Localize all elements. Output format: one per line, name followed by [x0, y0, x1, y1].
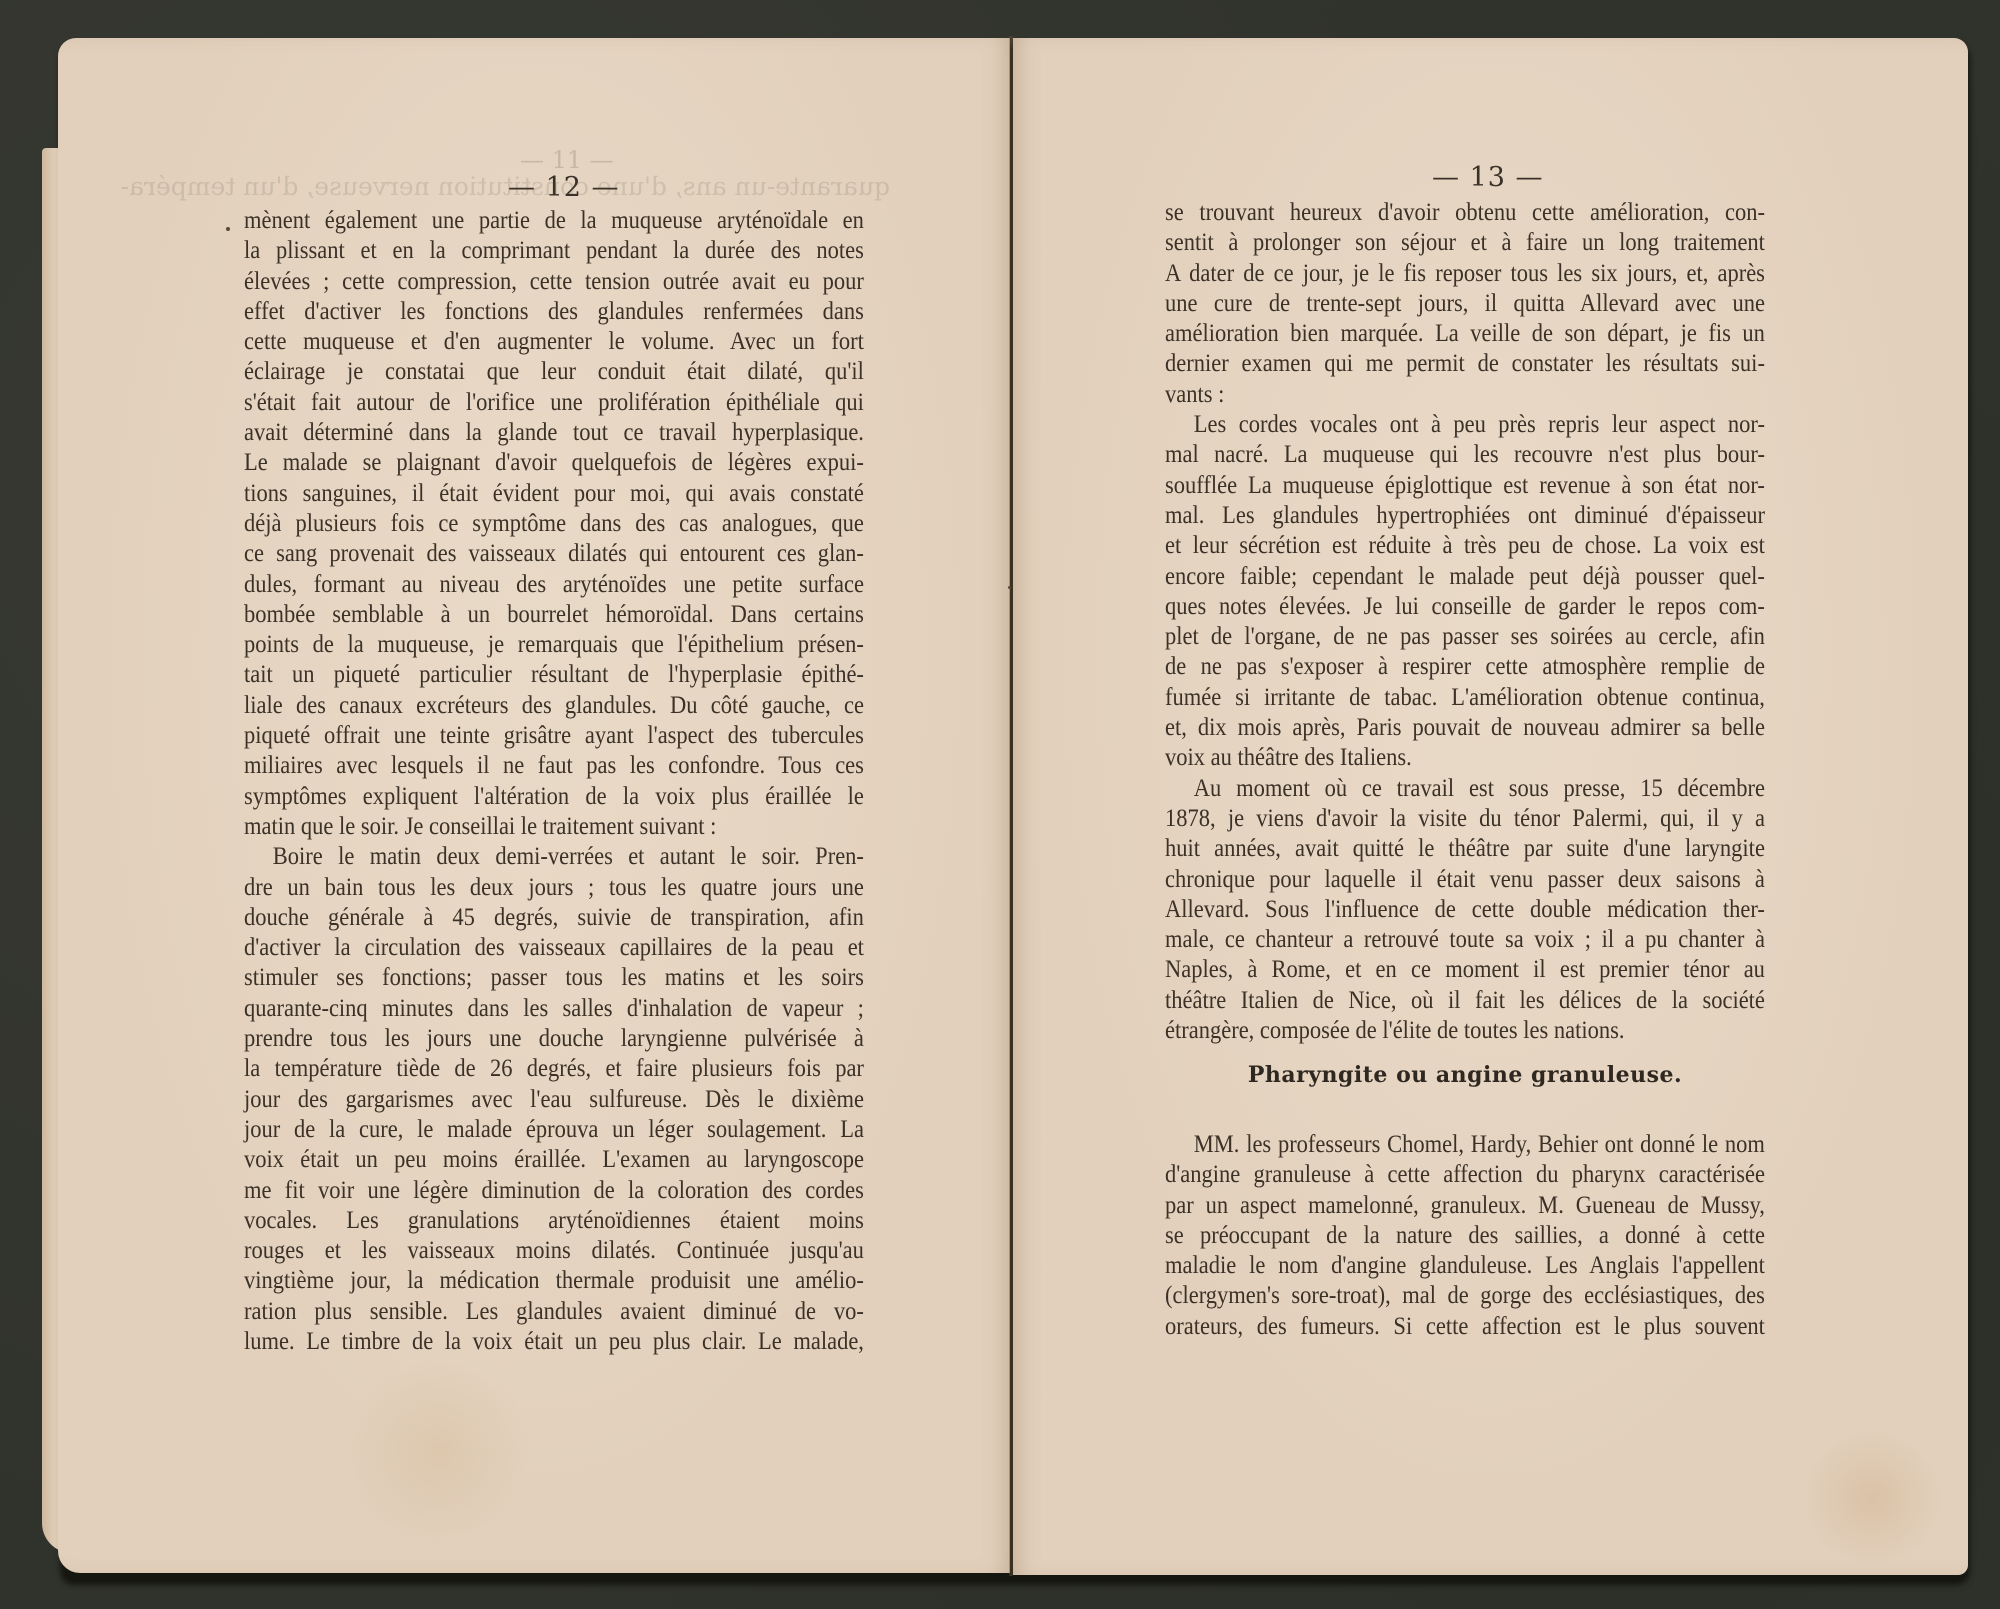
text-line: Naples, à Rome, et en ce moment il est p…: [1165, 955, 1765, 985]
text-line: jour des gargarismes avec l'eau sulfureu…: [244, 1085, 864, 1115]
text-line: vingtième jour, la médication thermale p…: [244, 1266, 864, 1296]
text-line: stimuler ses fonctions; passer tous les …: [244, 963, 864, 993]
ghost-page-number: — 11 —: [520, 146, 614, 174]
text-line: éclairage je constatai que leur conduit …: [244, 357, 864, 387]
text-line: douche générale à 45 degrés, suivie de t…: [244, 903, 864, 933]
text-line: s'était fait autour de l'orifice une pro…: [244, 388, 864, 418]
text-line: dules, formant au niveau des aryténoïdes…: [244, 570, 864, 600]
text-line: voix était un peu moins éraillée. L'exam…: [244, 1145, 864, 1175]
text-line: lume. Le timbre de la voix était un peu …: [244, 1327, 864, 1357]
text-line: symptômes expliquent l'altération de la …: [244, 782, 864, 812]
text-line: huit années, avait quitté le théâtre par…: [1165, 834, 1765, 864]
text-line: Allevard. Sous l'influence de cette doub…: [1165, 895, 1765, 925]
text-line: dre un bain tous les deux jours ; tous l…: [244, 873, 864, 903]
text-line: se préoccupant de la nature des saillies…: [1165, 1221, 1765, 1251]
text-line: effet d'activer les fonctions des glandu…: [244, 297, 864, 327]
text-line: Boire le matin deux demi-verrées et auta…: [244, 842, 864, 872]
page-number-right: — 13 —: [1432, 162, 1544, 193]
text-line: tions sanguines, il était évident pour m…: [244, 479, 864, 509]
text-line: quarante-cinq minutes dans les salles d'…: [244, 994, 864, 1024]
text-line: rouges et les vaisseaux moins dilatés. C…: [244, 1236, 864, 1266]
text-line: mènent également une partie de la muqueu…: [244, 206, 864, 236]
text-line: tait un piqueté particulier résultant de…: [244, 660, 864, 690]
text-line: de ne pas s'exposer à respirer cette atm…: [1165, 652, 1765, 682]
text-line: soufflée La muqueuse épiglottique est re…: [1165, 471, 1765, 501]
text-line: vocales. Les granulations aryténoïdienne…: [244, 1206, 864, 1236]
text-line: liale des canaux excréteurs des glandule…: [244, 691, 864, 721]
text-line: maladie le nom d'angine glanduleuse. Les…: [1165, 1251, 1765, 1281]
text-line: Le malade se plaignant d'avoir quelquefo…: [244, 448, 864, 478]
text-line: mal. Les glandules hypertrophiées ont di…: [1165, 501, 1765, 531]
text-line: mal nacré. La muqueuse qui les recouvre …: [1165, 440, 1765, 470]
text-line: bombée semblable à un bourrelet hémoroïd…: [244, 600, 864, 630]
section-heading: Pharyngite ou angine granuleuse.: [1165, 1062, 1765, 1088]
text-line: Les cordes vocales ont à peu près repris…: [1165, 410, 1765, 440]
text-line: A dater de ce jour, je le fis reposer to…: [1165, 259, 1765, 289]
text-line: piqueté offrait une teinte grisâtre ayan…: [244, 721, 864, 751]
text-line: jour de la cure, le malade éprouva un lé…: [244, 1115, 864, 1145]
text-line: fumée si irritante de tabac. L'améliorat…: [1165, 683, 1765, 713]
text-line: vants :: [1165, 380, 1765, 410]
paper-speck: [226, 227, 230, 231]
text-line: chronique pour laquelle il était venu pa…: [1165, 865, 1765, 895]
text-line: ce sang provenait des vaisseaux dilatés …: [244, 539, 864, 569]
text-line: la plissant et en la comprimant pendant …: [244, 236, 864, 266]
text-line: orateurs, des fumeurs. Si cette affectio…: [1165, 1312, 1765, 1342]
text-line: élevées ; cette compression, cette tensi…: [244, 267, 864, 297]
text-line: avait déterminé dans la glande tout ce t…: [244, 418, 864, 448]
text-line: théâtre Italien de Nice, où il fait les …: [1165, 986, 1765, 1016]
text-line: male, ce chanteur a retrouvé toute sa vo…: [1165, 925, 1765, 955]
text-line: par un aspect mamelonné, granuleux. M. G…: [1165, 1191, 1765, 1221]
text-line: une cure de trente-sept jours, il quitta…: [1165, 289, 1765, 319]
text-line: 1878, je viens d'avoir la visite du téno…: [1165, 804, 1765, 834]
text-line: d'activer la circulation des vaisseaux c…: [244, 933, 864, 963]
text-line: ques notes élevées. Je lui conseille de …: [1165, 592, 1765, 622]
right-page-section-body: MM. les professeurs Chomel, Hardy, Behie…: [1165, 1130, 1765, 1342]
text-line: matin que le soir. Je conseillai le trai…: [244, 812, 864, 842]
text-line: sentit à prolonger son séjour et à faire…: [1165, 228, 1765, 258]
book-gutter: [1009, 36, 1013, 1576]
text-line: dernier examen qui me permit de constate…: [1165, 349, 1765, 379]
text-line: voix au théâtre des Italiens.: [1165, 743, 1765, 773]
text-line: encore faible; cependant le malade peut …: [1165, 562, 1765, 592]
left-page-body: mènent également une partie de la muqueu…: [244, 206, 864, 1357]
text-line: d'angine granuleuse à cette affection du…: [1165, 1160, 1765, 1190]
text-line: ration plus sensible. Les glandules avai…: [244, 1297, 864, 1327]
text-line: MM. les professeurs Chomel, Hardy, Behie…: [1165, 1130, 1765, 1160]
text-line: étrangère, composée de l'élite de toutes…: [1165, 1016, 1765, 1046]
text-line: plet de l'organe, de ne pas passer ses s…: [1165, 622, 1765, 652]
text-line: et, dix mois après, Paris pouvait de nou…: [1165, 713, 1765, 743]
text-line: se trouvant heureux d'avoir obtenu cette…: [1165, 198, 1765, 228]
text-line: (clergymen's sore-troat), mal de gorge d…: [1165, 1281, 1765, 1311]
text-line: points de la muqueuse, je remarquais que…: [244, 630, 864, 660]
text-line: déjà plusieurs fois ce symptôme dans des…: [244, 509, 864, 539]
text-line: la température tiède de 26 degrés, et fa…: [244, 1054, 864, 1084]
right-page-body: se trouvant heureux d'avoir obtenu cette…: [1165, 198, 1765, 1046]
text-line: prendre tous les jours une douche laryng…: [244, 1024, 864, 1054]
text-line: me fit voir une légère diminution de la …: [244, 1176, 864, 1206]
text-line: miliaires avec lesquels il ne faut pas l…: [244, 751, 864, 781]
text-line: et leur sécrétion est réduite à très peu…: [1165, 531, 1765, 561]
page-number-left: — 12 —: [508, 172, 620, 203]
text-line: cette muqueuse et d'en augmenter le volu…: [244, 327, 864, 357]
paper-speck: [1008, 586, 1011, 589]
text-line: amélioration bien marquée. La veille de …: [1165, 319, 1765, 349]
text-line: Au moment où ce travail est sous presse,…: [1165, 774, 1765, 804]
